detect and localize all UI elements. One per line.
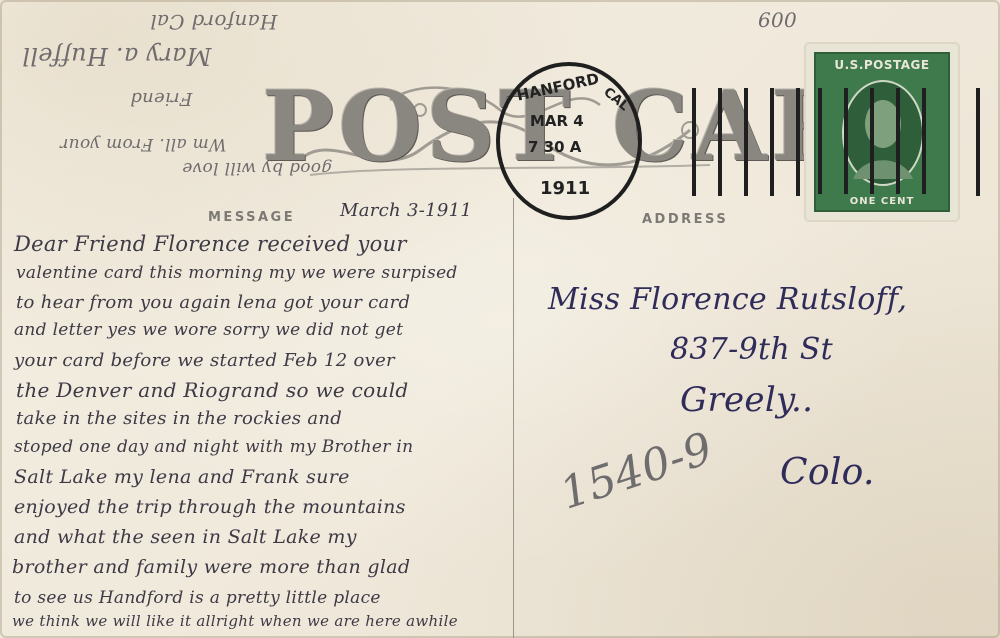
message-line: take in the sites in the rockies and (16, 408, 342, 429)
message-line: and letter yes we wore sorry we did not … (14, 320, 403, 340)
postcard-back: Hanford Cal Mary a. Huffell Friend Wm al… (0, 0, 1000, 638)
message-line: to see us Handford is a pretty little pl… (14, 588, 381, 608)
message-line: stoped one day and night with my Brother… (14, 437, 413, 457)
message-line: enjoyed the trip through the mountains (14, 496, 406, 518)
address-label: ADDRESS (642, 212, 728, 227)
postmark-date: MAR 4 (530, 112, 584, 130)
address-line: Colo. (780, 452, 875, 493)
upside-down-note-line: Mary a. Huffell (22, 42, 211, 70)
message-line: and what the seen in Salt Lake my (14, 526, 357, 548)
center-divider (513, 198, 514, 638)
message-label: MESSAGE (208, 210, 295, 225)
postmark-time: 7 30 A (528, 138, 581, 156)
address-line: Greely.. (680, 380, 813, 420)
message-line: your card before we started Feb 12 over (14, 350, 395, 371)
message-line: we think we will like it allright when w… (12, 612, 458, 630)
upside-down-note-line: Friend (130, 88, 192, 109)
address-line: 837-9th St (670, 332, 833, 367)
address-line: Miss Florence Rutsloff, (548, 282, 907, 317)
postage-stamp: U.S.POSTAGE ONE CENT (806, 44, 958, 220)
message-line: to hear from you again lena got your car… (16, 292, 410, 313)
message-line: brother and family were more than glad (12, 556, 410, 578)
message-line: the Denver and Riogrand so we could (16, 378, 409, 402)
corner-note: 600 (758, 8, 797, 32)
postmark: HANFORD CAL MAR 4 7 30 A 1911 (494, 60, 644, 222)
message-date: March 3-1911 (340, 200, 472, 221)
message-line: valentine card this morning my we were s… (16, 263, 458, 283)
upside-down-note-line: Hanford Cal (150, 10, 277, 34)
inventory-note: 1540-9 (554, 423, 719, 520)
postmark-year: 1911 (540, 178, 590, 199)
message-line: Dear Friend Florence received your (14, 232, 407, 256)
message-line: Salt Lake my lena and Frank sure (14, 466, 350, 488)
upside-down-note-line: Wm all. From your (60, 134, 227, 154)
